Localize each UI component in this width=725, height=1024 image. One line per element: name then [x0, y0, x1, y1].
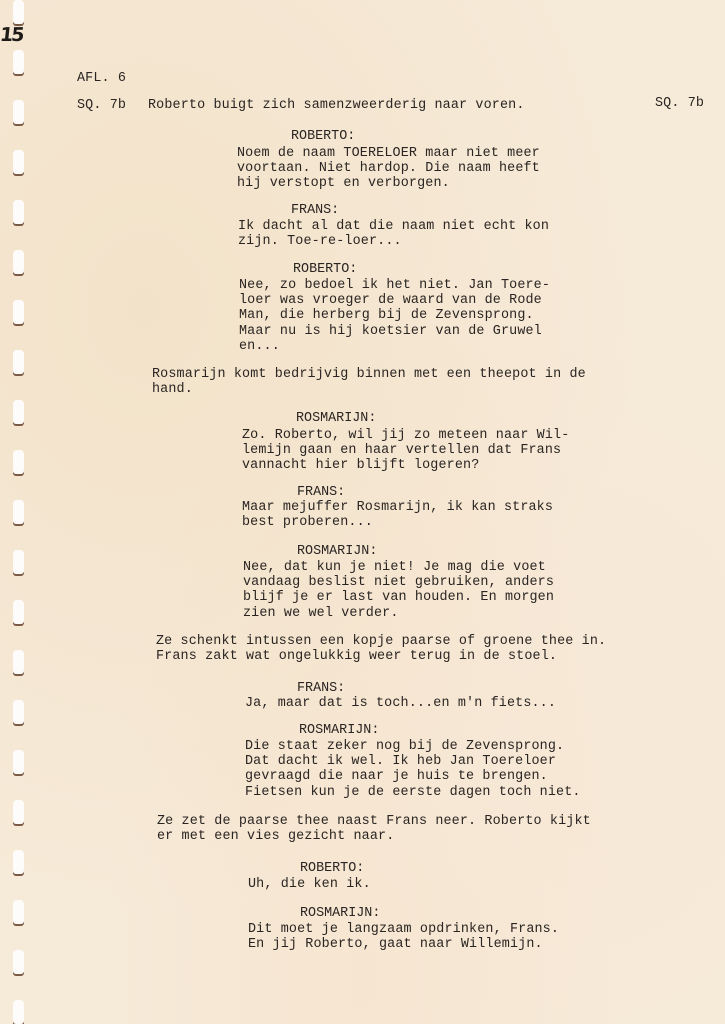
- script-page: 15 AFL. 6 SQ. 7b Roberto buigt zich same…: [0, 0, 725, 1024]
- dialogue-line: zijn. Toe-re-loer...: [238, 233, 402, 250]
- character-name: ROBERTO:: [293, 261, 357, 278]
- character-name: ROSMARIJN:: [296, 410, 376, 427]
- scene-number-right: SQ. 7b: [655, 95, 704, 112]
- binding-hole: [13, 850, 24, 876]
- dialogue-line: hij verstopt en verborgen.: [237, 175, 450, 192]
- dialogue-line: Ja, maar dat is toch...en m'n fiets...: [245, 695, 556, 712]
- scene-number-left: SQ. 7b: [77, 97, 126, 114]
- binding-holes: [0, 0, 40, 1024]
- dialogue-line: Uh, die ken ik.: [248, 876, 371, 893]
- binding-hole: [13, 200, 24, 226]
- binding-hole: [13, 900, 24, 926]
- binding-hole: [13, 700, 24, 726]
- action-line: Rosmarijn komt bedrijvig binnen met een …: [152, 366, 586, 383]
- binding-hole: [13, 750, 24, 776]
- dialogue-line: zien we wel verder.: [243, 605, 399, 622]
- character-name: ROSMARIJN:: [297, 543, 377, 560]
- action-line: Frans zakt wat ongelukkig weer terug in …: [156, 648, 557, 665]
- dialogue-line: Fietsen kun je de eerste dagen toch niet…: [245, 784, 581, 801]
- dialogue-line: best proberen...: [242, 514, 373, 531]
- binding-hole: [13, 150, 24, 176]
- dialogue-line: vannacht hier blijft logeren?: [242, 457, 479, 474]
- character-name: FRANS:: [291, 202, 339, 219]
- binding-hole: [13, 1000, 24, 1024]
- character-name: ROBERTO:: [300, 860, 364, 877]
- binding-hole: [13, 0, 24, 26]
- binding-hole: [13, 300, 24, 326]
- binding-hole: [13, 650, 24, 676]
- dialogue-line: Maar nu is hij koetsier van de Gruwel: [239, 323, 542, 340]
- opening-action: Roberto buigt zich samenzweerderig naar …: [148, 97, 525, 114]
- binding-hole: [13, 350, 24, 376]
- handwritten-page-number: 15: [0, 24, 24, 46]
- binding-hole: [13, 50, 24, 76]
- dialogue-line: En jij Roberto, gaat naar Willemijn.: [248, 936, 543, 953]
- action-line: hand.: [152, 381, 193, 398]
- episode-label: AFL. 6: [77, 70, 126, 87]
- binding-hole: [13, 450, 24, 476]
- binding-hole: [13, 250, 24, 276]
- binding-hole: [13, 950, 24, 976]
- binding-hole: [13, 800, 24, 826]
- character-name: ROBERTO:: [291, 128, 355, 145]
- binding-hole: [13, 400, 24, 426]
- character-name: ROSMARIJN:: [300, 905, 380, 922]
- character-name: ROSMARIJN:: [299, 722, 379, 739]
- binding-hole: [13, 500, 24, 526]
- action-line: er met een vies gezicht naar.: [157, 828, 394, 845]
- binding-hole: [13, 100, 24, 126]
- binding-hole: [13, 600, 24, 626]
- dialogue-line: en...: [239, 338, 280, 355]
- binding-hole: [13, 550, 24, 576]
